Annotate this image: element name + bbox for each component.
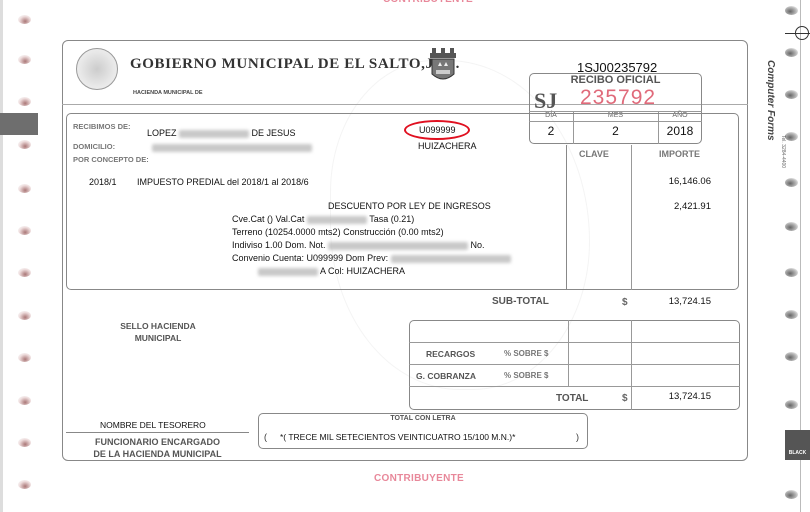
importe-header: IMPORTE [659, 149, 700, 159]
issuer-department: HACIENDA MUNICIPAL DE [133, 90, 203, 96]
feed-hole [785, 6, 798, 15]
seal-label: SELLO HACIENDA MUNICIPAL [100, 320, 216, 344]
feed-hole [785, 400, 798, 409]
column-divider [631, 145, 632, 290]
amount-descuento: 2,421.91 [640, 201, 711, 212]
feed-hole [785, 90, 798, 99]
divider [409, 386, 740, 387]
concept-line: Terreno (10254.0000 mts2) Construcción (… [232, 227, 444, 237]
payer-name-start: LOPEZ [147, 128, 177, 138]
amount-in-words-label: TOTAL CON LETRA [258, 415, 588, 422]
concept-line: Cve.Cat () Val.Cat Tasa (0.21) [232, 214, 414, 224]
divider [631, 320, 632, 410]
issuer-name: GOBIERNO MUNICIPAL DE EL SALTO,JAL. [130, 56, 460, 73]
feed-hole [18, 353, 31, 362]
total-value: 13,724.15 [640, 391, 711, 402]
payer-address [152, 142, 312, 152]
subtotal-value: 13,724.15 [640, 296, 711, 307]
discount-title: DESCUENTO POR LEY DE INGRESOS [328, 201, 491, 211]
feed-hole [18, 480, 31, 489]
address-label: DOMICILIO: [73, 142, 115, 151]
feed-hole [18, 438, 31, 447]
left-tractor-strip [0, 0, 3, 512]
receipt-number: 235792 [580, 86, 656, 110]
recargos-percent-label: % SOBRE $ [504, 349, 548, 358]
signature-line [66, 432, 249, 433]
subtotal-label: SUB-TOTAL [492, 296, 549, 307]
close-paren: ) [576, 432, 579, 442]
payer-name: LOPEZ DE JESUS [147, 128, 296, 138]
feed-hole [785, 178, 798, 187]
redacted-text [258, 268, 318, 276]
feed-hole [18, 226, 31, 235]
feed-hole [785, 222, 798, 231]
official-title-line1: FUNCIONARIO ENCARGADO [70, 436, 245, 448]
feed-hole [18, 268, 31, 277]
colony: HUIZACHERA [418, 141, 477, 151]
open-paren: ( [264, 432, 267, 442]
feed-hole [785, 48, 798, 57]
feed-hole [18, 140, 31, 149]
recargos-label: RECARGOS [426, 349, 475, 359]
received-from-label: RECIBIMOS DE: [73, 122, 131, 131]
receipt-title: RECIBO OFICIAL [529, 74, 702, 86]
feed-hole [18, 396, 31, 405]
concept-period: 2018/1 [89, 177, 117, 187]
left-tab-marker [0, 113, 38, 135]
feed-hole [785, 268, 798, 277]
feed-hole [18, 15, 31, 24]
redacted-text [179, 130, 249, 138]
feed-hole [18, 97, 31, 106]
copy-label-top: CONTRIBUYENTE [383, 0, 473, 5]
redacted-text [307, 216, 367, 224]
redacted-text [328, 242, 468, 250]
divider [409, 364, 740, 365]
official-title: FUNCIONARIO ENCARGADO DE LA HACIENDA MUN… [70, 436, 245, 460]
amount-columns [566, 145, 739, 290]
clave-header: CLAVE [579, 149, 609, 159]
feed-hole [785, 352, 798, 361]
feed-hole [785, 310, 798, 319]
cobranza-label: G. COBRANZA [416, 371, 476, 381]
amount-in-words-text: *( TRECE MIL SETECIENTOS VEINTICUATRO 15… [280, 432, 515, 442]
concept-line: A Col: HUIZACHERA [258, 266, 405, 276]
payer-name-end: DE JESUS [252, 128, 296, 138]
registration-mark-icon [795, 26, 809, 40]
concept-description: IMPUESTO PREDIAL del 2018/1 al 2018/6 [137, 177, 309, 187]
divider [568, 320, 569, 387]
total-label: TOTAL [556, 393, 588, 404]
feed-hole [785, 132, 798, 141]
concept-line: Convenio Cuenta: U099999 Dom Prev: [232, 253, 511, 263]
treasurer-name: NOMBRE DEL TESORERO [100, 420, 206, 430]
municipal-shield-icon [428, 48, 458, 84]
black-ink-badge: BLACK [785, 430, 810, 460]
feed-hole [18, 311, 31, 320]
account-highlight-circle [404, 120, 470, 140]
concept-line: Indiviso 1.00 Dom. Not. No. [232, 240, 485, 250]
concept-label: POR CONCEPTO DE: [73, 155, 149, 164]
subtotal-currency: $ [622, 297, 628, 308]
divider [409, 342, 740, 343]
feed-hole [18, 184, 31, 193]
copy-label-bottom: CONTRIBUYENTE [374, 473, 464, 484]
printer-brand: Computer Forms [762, 60, 776, 180]
feed-hole [785, 490, 798, 499]
official-title-line2: DE LA HACIENDA MUNICIPAL [70, 448, 245, 460]
printer-phone: Tel. 3284-4400 [776, 135, 786, 195]
amount-impuesto: 16,146.06 [640, 176, 711, 187]
redacted-text [152, 144, 312, 152]
national-seal-icon [76, 48, 118, 90]
cobranza-percent-label: % SOBRE $ [504, 371, 548, 380]
redacted-text [391, 255, 511, 263]
feed-hole [18, 55, 31, 64]
total-currency: $ [622, 393, 628, 404]
